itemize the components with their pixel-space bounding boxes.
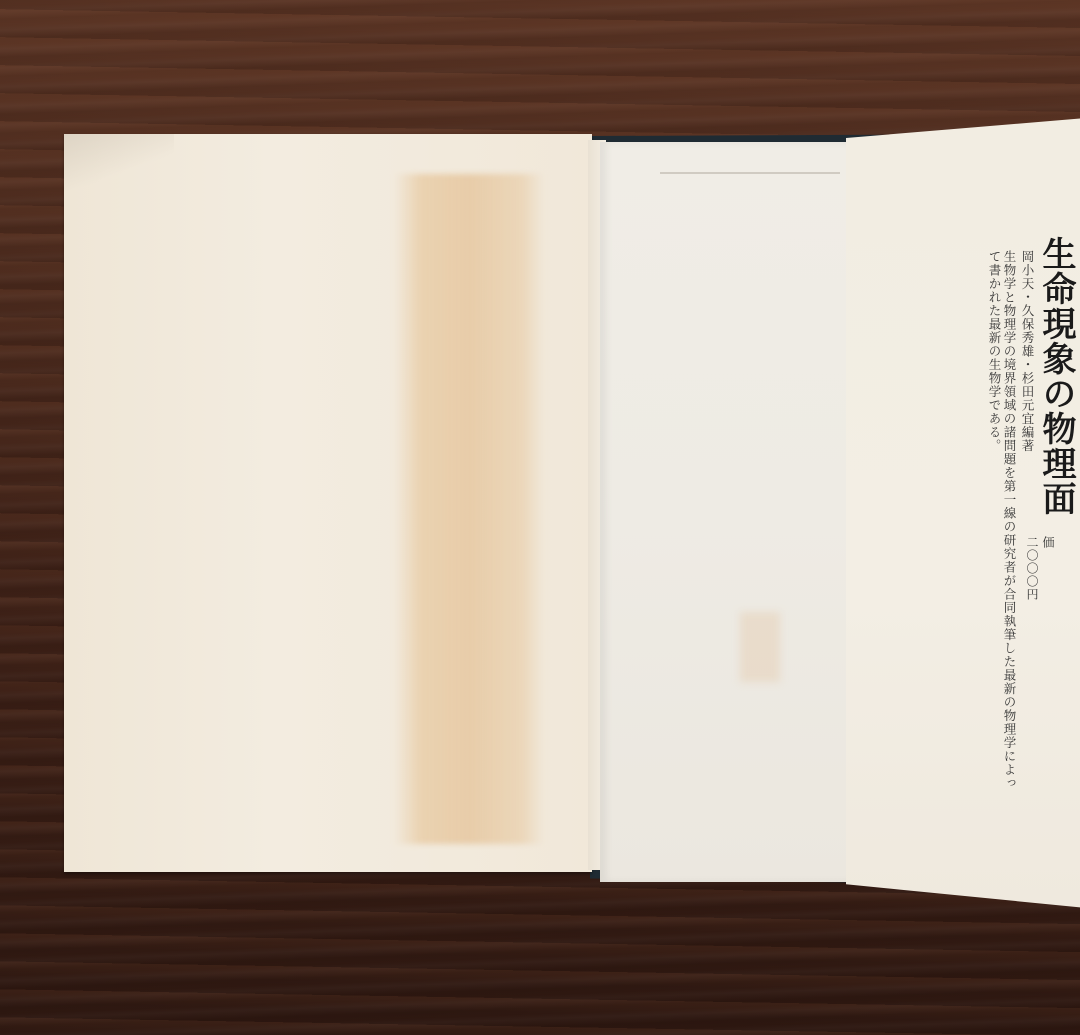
inner-flap xyxy=(600,142,846,882)
age-stain xyxy=(394,174,544,844)
price-label: 価 xyxy=(1040,536,1057,549)
dust-jacket-back-panel xyxy=(64,134,592,872)
corner-crease xyxy=(64,134,174,194)
book-title: 生命現象の物理面 xyxy=(1032,236,1080,516)
front-jacket-flap: 生命現象の物理面 岡小天・久保秀雄・杉田元宜編著 生物学と物理学の境界領域の諸問… xyxy=(846,118,1080,908)
age-spot xyxy=(740,612,780,682)
book-price: 二〇〇〇円 xyxy=(1024,536,1041,601)
book-editors: 岡小天・久保秀雄・杉田元宜編著 xyxy=(1018,250,1036,453)
book-description-line-1: 生物学と物理学の境界領域の諸問題を第一線の研究者が合同執筆した最新の物理学によっ xyxy=(1001,250,1018,790)
flap-crease xyxy=(660,172,840,174)
book-description-line-2: て書かれた最新の生物学である。 xyxy=(986,250,1003,453)
